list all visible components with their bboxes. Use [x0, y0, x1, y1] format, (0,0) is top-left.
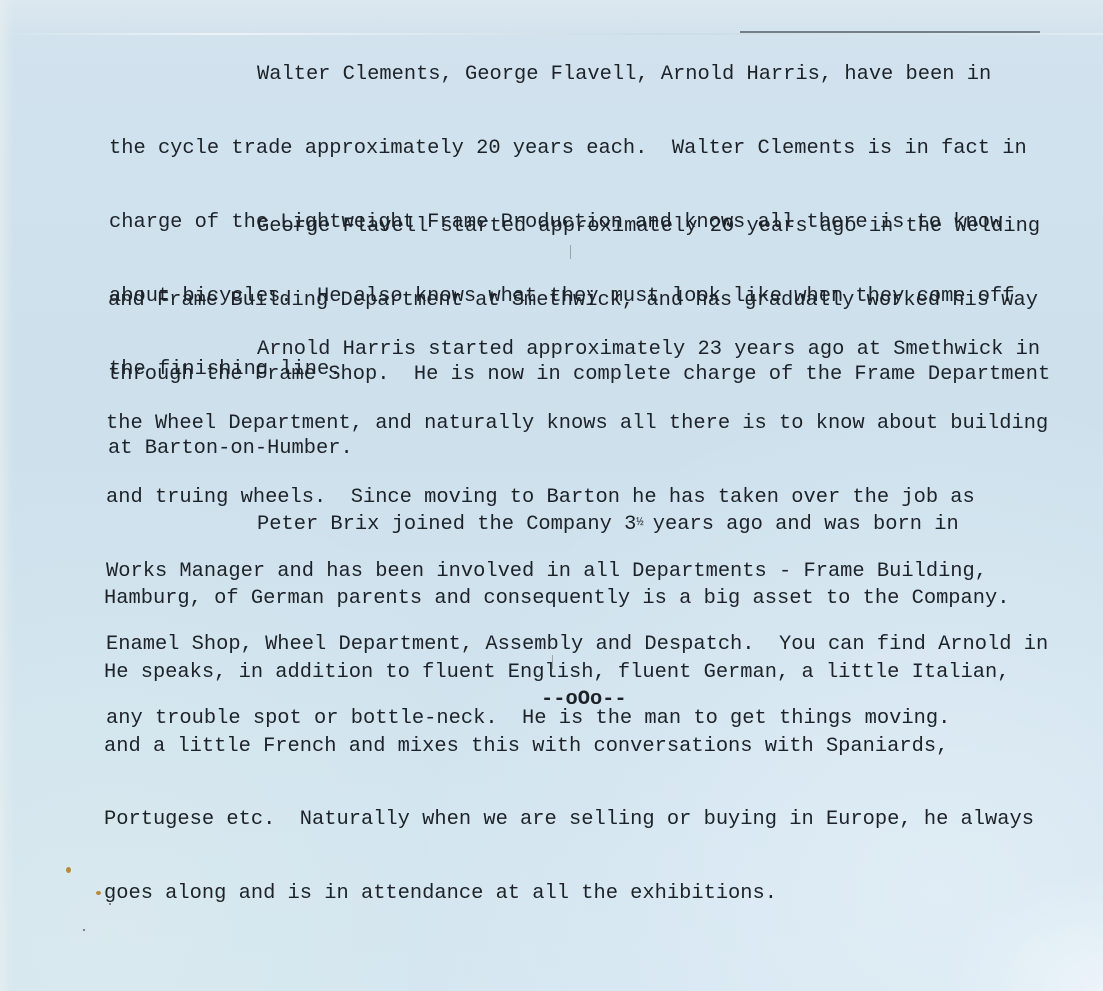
- text-line: Hamburg, of German parents and consequen…: [0, 587, 1103, 612]
- text-line: George Flavell started approximately 20 …: [0, 215, 1103, 240]
- text-line: Peter Brix joined the Company 3½ years a…: [0, 513, 1103, 538]
- paper-stain-speck: [66, 867, 71, 873]
- pencil-mark: [552, 655, 553, 669]
- text-segment: Peter Brix joined the Company 3: [257, 513, 636, 536]
- text-line: the cycle trade approximately 20 years e…: [0, 137, 1103, 162]
- text-line: and a little French and mixes this with …: [0, 735, 1103, 760]
- fold-strike-mark: [740, 31, 1040, 33]
- text-line: the Wheel Department, and naturally know…: [0, 412, 1103, 437]
- paper-stain-speck: [109, 903, 111, 905]
- paper-stain-speck: [83, 929, 85, 931]
- paper-corner-wear: [943, 871, 1103, 991]
- text-line: Arnold Harris started approximately 23 y…: [0, 338, 1103, 363]
- pencil-mark: [570, 245, 571, 259]
- typed-letter-page: Walter Clements, George Flavell, Arnold …: [0, 0, 1103, 991]
- text-segment: years ago and was born in: [641, 513, 959, 536]
- text-line: goes along and is in attendance at all t…: [0, 882, 1103, 907]
- end-ornament: --oOo--: [541, 688, 627, 713]
- paper-stain-speck: [96, 891, 101, 895]
- text-line: Portugese etc. Naturally when we are sel…: [0, 808, 1103, 833]
- fraction-half: ½: [636, 515, 640, 529]
- text-line: Walter Clements, George Flavell, Arnold …: [0, 63, 1103, 88]
